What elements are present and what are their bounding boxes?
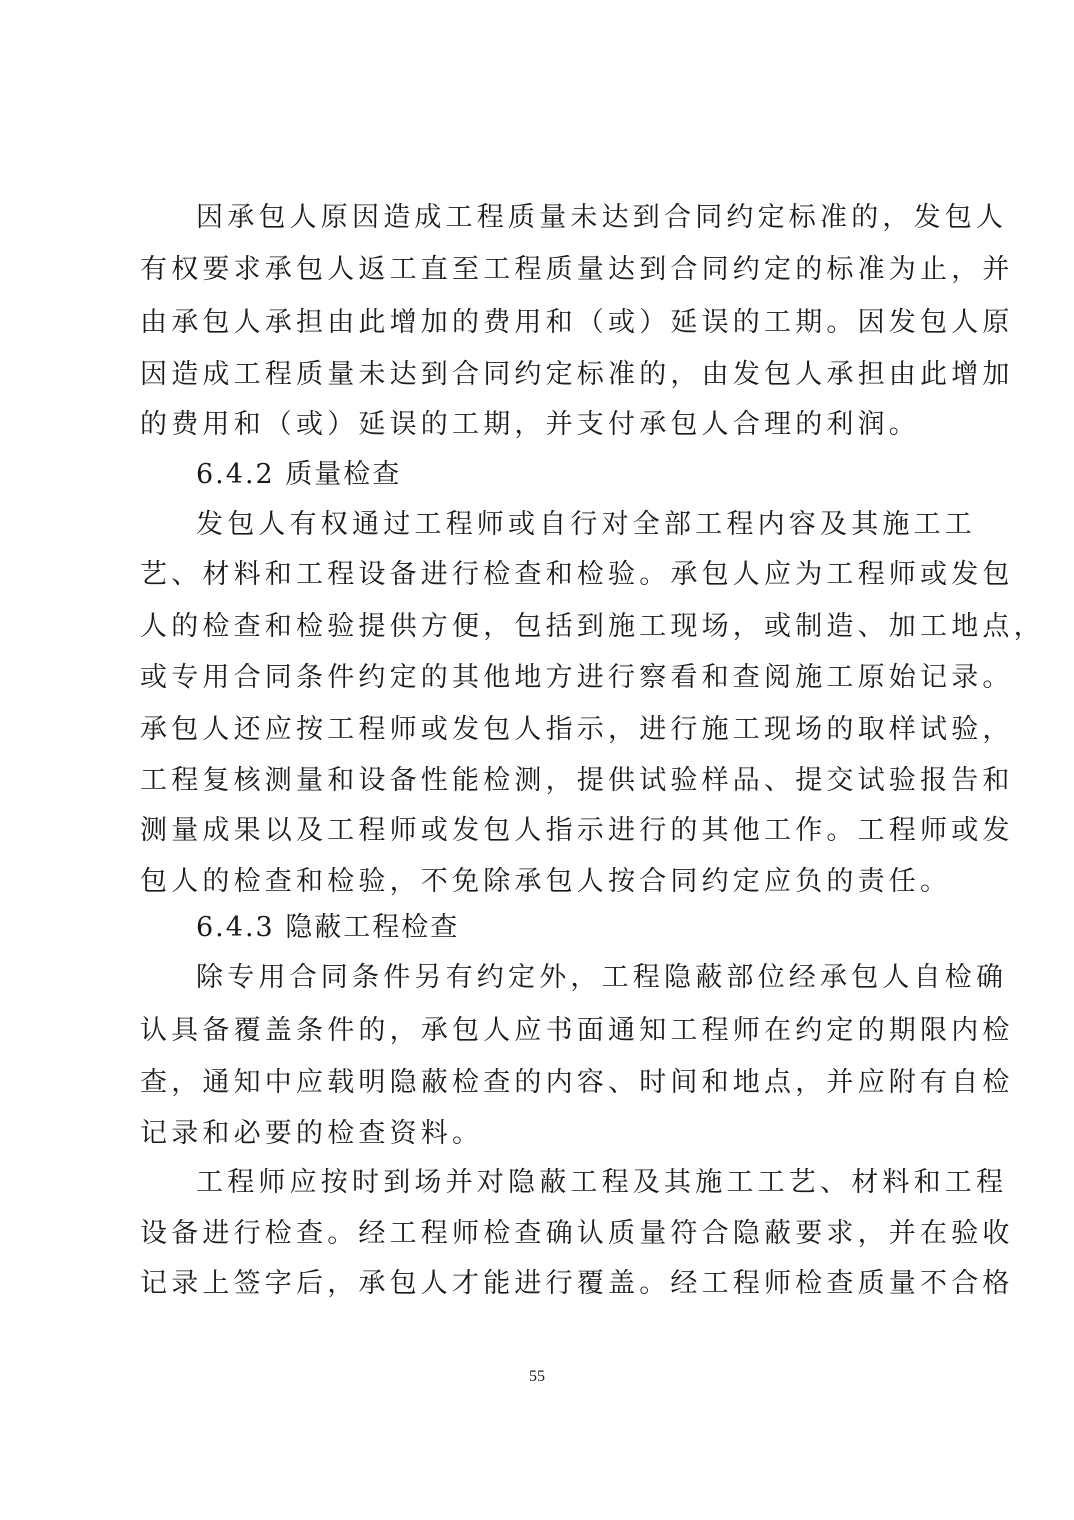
paragraph-2-line-6: 工程复核测量和设备性能检测，提供试验样品、提交试验报告和	[140, 761, 940, 801]
paragraph-3-line-2: 认具备覆盖条件的，承包人应书面通知工程师在约定的期限内检	[140, 1011, 940, 1051]
paragraph-2-line-4: 或专用合同条件约定的其他地方进行察看和查阅施工原始记录。	[140, 658, 940, 698]
page-number: 55	[0, 1368, 1074, 1386]
paragraph-2-line-7: 测量成果以及工程师或发包人指示进行的其他工作。工程师或发	[140, 811, 940, 851]
paragraph-2-line-1: 发包人有权通过工程师或自行对全部工程内容及其施工工	[196, 505, 940, 545]
section-heading-6-4-3: 6.4.3 隐蔽工程检查	[196, 908, 996, 948]
paragraph-3-line-4: 记录和必要的检查资料。	[140, 1114, 940, 1154]
paragraph-1-line-2: 有权要求承包人返工直至工程质量达到合同约定的标准为止，并	[140, 250, 940, 290]
paragraph-2-line-8: 包人的检查和检验，不免除承包人按合同约定应负的责任。	[140, 862, 940, 902]
paragraph-1-line-1: 因承包人原因造成工程质量未达到合同约定标准的，发包人	[196, 198, 940, 238]
paragraph-3-line-3: 查，通知中应载明隐蔽检查的内容、时间和地点，并应附有自检	[140, 1063, 940, 1103]
paragraph-4-line-2: 设备进行检查。经工程师检查确认质量符合隐蔽要求，并在验收	[140, 1214, 940, 1254]
paragraph-2-line-2: 艺、材料和工程设备进行检查和检验。承包人应为工程师或发包	[140, 555, 940, 595]
document-page: 因承包人原因造成工程质量未达到合同约定标准的，发包人 有权要求承包人返工直至工程…	[0, 0, 1074, 1520]
paragraph-4-line-1: 工程师应按时到场并对隐蔽工程及其施工工艺、材料和工程	[196, 1163, 940, 1203]
paragraph-4-line-3: 记录上签字后，承包人才能进行覆盖。经工程师检查质量不合格	[140, 1264, 940, 1304]
paragraph-3-line-1: 除专用合同条件另有约定外，工程隐蔽部位经承包人自检确	[196, 958, 940, 998]
paragraph-1-line-5: 的费用和（或）延误的工期，并支付承包人合理的利润。	[140, 405, 940, 445]
paragraph-1-line-4: 因造成工程质量未达到合同约定标准的，由发包人承担由此增加	[140, 355, 940, 395]
paragraph-2-line-5: 承包人还应按工程师或发包人指示，进行施工现场的取样试验，	[140, 710, 940, 750]
paragraph-2-line-3: 人的检查和检验提供方便，包括到施工现场，或制造、加工地点，	[140, 607, 940, 647]
paragraph-1-line-3: 由承包人承担由此增加的费用和（或）延误的工期。因发包人原	[140, 303, 940, 343]
section-heading-6-4-2: 6.4.2 质量检查	[196, 455, 996, 495]
